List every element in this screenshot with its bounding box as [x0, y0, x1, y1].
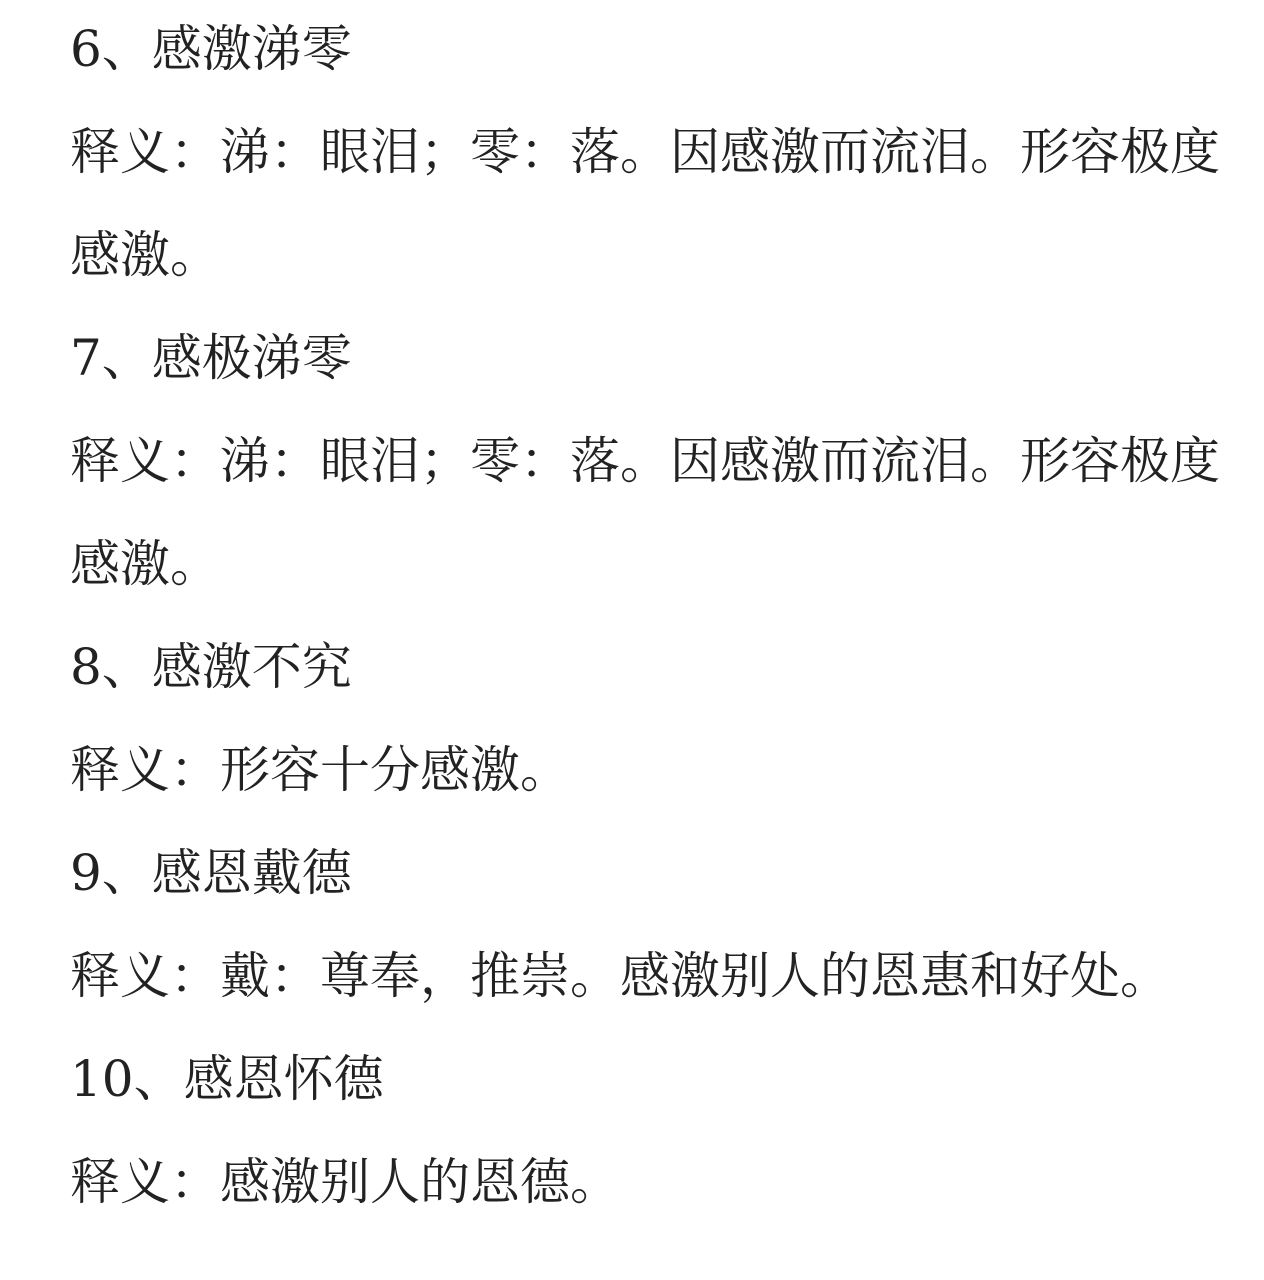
idiom-document: 6、感激涕零 释义：涕：眼泪；零：落。因感激而流泪。形容极度感激。 7、感极涕零…: [70, 0, 1240, 1234]
idiom-definition: 释义：戴：尊奉，推崇。感激别人的恩惠和好处。: [70, 925, 1240, 1028]
idiom-entry-7: 7、感极涕零 释义：涕：眼泪；零：落。因感激而流泪。形容极度感激。: [70, 307, 1240, 616]
idiom-entry-8: 8、感激不究 释义：形容十分感激。: [70, 616, 1240, 822]
idiom-title: 10、感恩怀德: [70, 1028, 1240, 1131]
idiom-title: 7、感极涕零: [70, 307, 1240, 410]
idiom-entry-9: 9、感恩戴德 释义：戴：尊奉，推崇。感激别人的恩惠和好处。: [70, 822, 1240, 1028]
idiom-entry-10: 10、感恩怀德 释义：感激别人的恩德。: [70, 1028, 1240, 1234]
idiom-entry-6: 6、感激涕零 释义：涕：眼泪；零：落。因感激而流泪。形容极度感激。: [70, 0, 1240, 307]
idiom-title: 9、感恩戴德: [70, 822, 1240, 925]
idiom-definition: 释义：涕：眼泪；零：落。因感激而流泪。形容极度感激。: [70, 410, 1240, 616]
idiom-definition: 释义：形容十分感激。: [70, 719, 1240, 822]
idiom-title: 6、感激涕零: [70, 0, 1240, 101]
idiom-definition: 释义：涕：眼泪；零：落。因感激而流泪。形容极度感激。: [70, 101, 1240, 307]
idiom-title: 8、感激不究: [70, 616, 1240, 719]
idiom-definition: 释义：感激别人的恩德。: [70, 1131, 1240, 1234]
